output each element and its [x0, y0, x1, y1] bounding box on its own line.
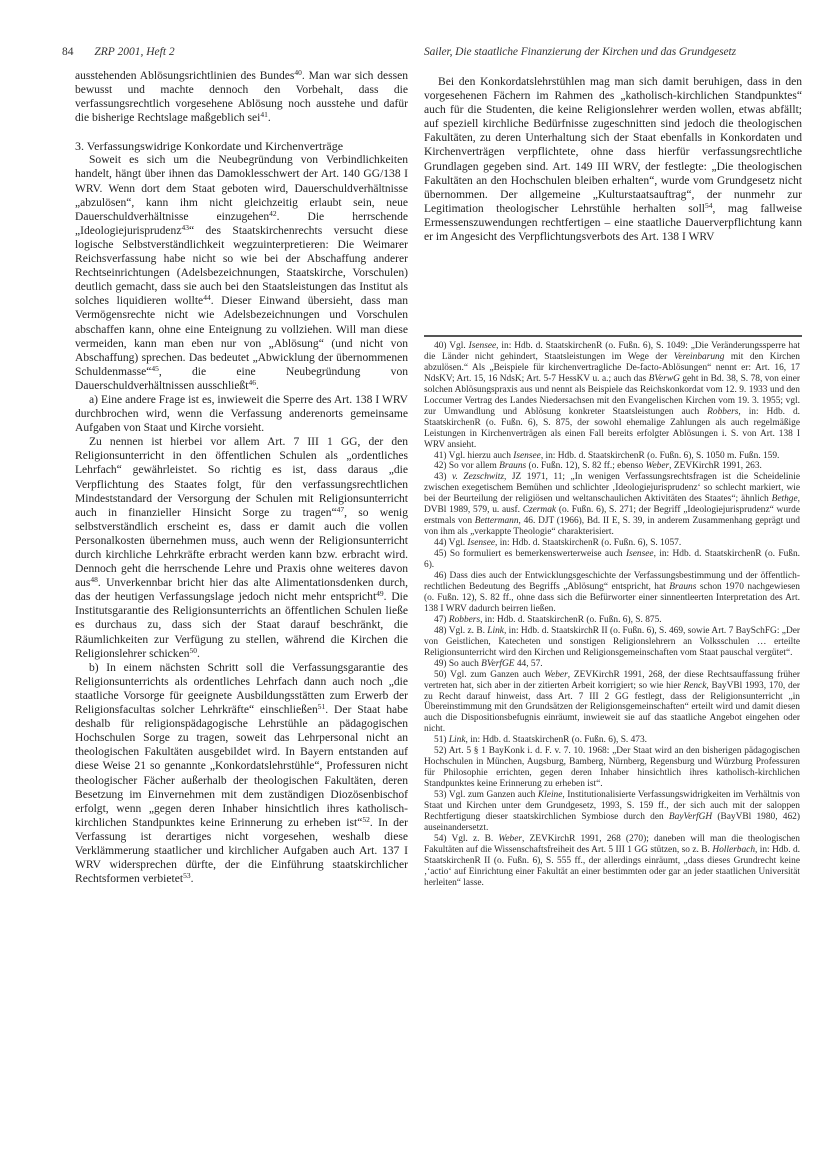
- footnote-text: So formuliert es bemerkenswerterweise au…: [450, 549, 626, 559]
- cited-author: Link: [449, 735, 466, 745]
- footnote-number: 40): [434, 341, 449, 351]
- cited-author: Isensee: [626, 549, 654, 559]
- cited-author: Hollerbach: [712, 845, 755, 855]
- footnote-text: Vgl.: [449, 538, 468, 548]
- footnote-ref[interactable]: 46: [248, 378, 256, 387]
- footnote-text: , ZEVKirchR 1991, 263.: [669, 461, 762, 471]
- page-number: 84: [62, 46, 74, 58]
- section-heading: 3. Verfassungswidrige Konkordate und Kir…: [75, 139, 408, 153]
- right-column: Bei den Konkordatslehrstühlen mag man si…: [424, 75, 802, 244]
- cited-author: Bettermann: [475, 516, 519, 526]
- footnote: 49) So auch BVerfGE 44, 57.: [424, 659, 800, 670]
- footnote-text: , in: Hdb. d. StaatskirchenR (o. Fußn. 6…: [541, 451, 780, 461]
- footnote-text: Art. 5 § 1 BayKonk i. d. F. v. 7. 10. 19…: [424, 746, 800, 789]
- footnote-number: 53): [434, 790, 449, 800]
- footnote-number: 50): [434, 670, 450, 680]
- footnote-ref[interactable]: 42: [269, 209, 277, 218]
- footnote-ref[interactable]: 45: [151, 364, 159, 373]
- footnote: 45) So formuliert es bemerkenswerterweis…: [424, 549, 800, 571]
- running-title: Sailer, Die staatliche Finanzierung der …: [424, 46, 808, 58]
- footnote-number: 47): [434, 615, 449, 625]
- cited-author: Isensee: [513, 451, 541, 461]
- footnote: 47) Robbers, in: Hdb. d. StaatskirchenR …: [424, 615, 800, 626]
- footnote-ref[interactable]: 43: [181, 223, 189, 232]
- footnote: 53) Vgl. zum Ganzen auch Kleine, Institu…: [424, 790, 800, 834]
- footnote-ref[interactable]: 41: [260, 110, 268, 119]
- footnote: 44) Vgl. Isensee, in: Hdb. d. Staatskirc…: [424, 538, 800, 549]
- footnote-divider: [424, 335, 802, 337]
- footnote-number: 45): [434, 549, 450, 559]
- footnote: 51) Link, in: Hdb. d. StaatskirchenR (o.…: [424, 735, 800, 746]
- cited-author: Link: [487, 626, 504, 636]
- footnote-text: Vgl. hierzu auch: [449, 451, 514, 461]
- footnote-ref[interactable]: 50: [189, 646, 197, 655]
- cited-author: Robbers: [707, 407, 738, 417]
- paragraph: Bei den Konkordatslehrstühlen mag man si…: [424, 75, 802, 244]
- footnote: 43) v. Zezschwitz, JZ 1971, 11; „In weni…: [424, 472, 800, 538]
- cited-author: Bethge: [772, 494, 798, 504]
- footnote-ref[interactable]: 54: [705, 201, 713, 210]
- footnote-text: 44, 57.: [514, 659, 542, 669]
- journal-issue: ZRP 2001, Heft 2: [94, 46, 174, 58]
- footnote-text: Vgl. zum Ganzen auch: [449, 790, 538, 800]
- footnote-number: 52): [434, 746, 449, 756]
- footnote-text: , in: Hdb. d. StaatskirchenR (o. Fußn. 6…: [480, 615, 662, 625]
- left-column: ausstehenden Ablösungsrichtlinien des Bu…: [75, 69, 408, 886]
- cited-author: Weber: [646, 461, 670, 471]
- paragraph: b) In einem nächsten Schritt soll die Ve…: [75, 661, 408, 887]
- footnote-number: 49): [434, 659, 449, 669]
- cited-author: Weber: [544, 670, 568, 680]
- footnote: 54) Vgl. z. B. Weber, ZEVKirchR 1991, 26…: [424, 834, 800, 889]
- footnote-text: , in: Hdb. d. StaatskirchenR (o. Fußn. 6…: [466, 735, 648, 745]
- footnote-ref[interactable]: 47: [337, 505, 345, 514]
- footnote-number: 43): [434, 472, 452, 482]
- footnote: 40) Vgl. Isensee, in: Hdb. d. Staatskirc…: [424, 341, 800, 451]
- footnote-number: 42): [434, 461, 449, 471]
- footnote-text: Vgl. z. B.: [451, 834, 498, 844]
- cited-author: Brauns: [499, 461, 526, 471]
- cited-author: Isensee: [467, 538, 495, 548]
- footnote-ref[interactable]: 49: [376, 589, 384, 598]
- footnote-text: So auch: [449, 659, 481, 669]
- paragraph: Zu nennen ist hierbei vor allem Art. 7 I…: [75, 435, 408, 661]
- footnote-number: 48): [434, 626, 449, 636]
- cited-author: Kleine: [538, 790, 562, 800]
- cited-author: Isensee: [469, 341, 497, 351]
- footnote-ref[interactable]: 48: [90, 575, 98, 584]
- footnote: 42) So vor allem Brauns (o. Fußn. 12), S…: [424, 461, 800, 472]
- cited-author: BVerwG: [649, 374, 680, 384]
- cited-author: BVerfGE: [481, 659, 514, 669]
- footnote-text: Vgl. z. B.: [449, 626, 488, 636]
- footnote-ref[interactable]: 52: [362, 815, 370, 824]
- footnote-number: 44): [434, 538, 449, 548]
- footnote: 48) Vgl. z. B. Link, in: Hdb. d. Staatsk…: [424, 626, 800, 659]
- footnote-number: 46): [434, 571, 450, 581]
- cited-author: v. Zezschwitz: [452, 472, 504, 482]
- cited-author: Renck: [683, 681, 706, 691]
- cited-author: Vereinbarung: [674, 352, 725, 362]
- footnote-ref[interactable]: 40: [294, 68, 302, 77]
- paragraph: Soweit es sich um die Neubegründung von …: [75, 153, 408, 393]
- footnote: 52) Art. 5 § 1 BayKonk i. d. F. v. 7. 10…: [424, 746, 800, 790]
- footnote: 41) Vgl. hierzu auch Isensee, in: Hdb. d…: [424, 451, 800, 462]
- cited-author: Robbers: [449, 615, 480, 625]
- footnote-text: So vor allem: [449, 461, 499, 471]
- footnote: 50) Vgl. zum Ganzen auch Weber, ZEVKirch…: [424, 670, 800, 736]
- footnote-text: , in: Hdb. d. StaatskirchenR (o. Fußn. 6…: [495, 538, 681, 548]
- footnote-text: (o. Fußn. 12), S. 82 ff.; ebenso: [526, 461, 645, 471]
- footnote-ref[interactable]: 44: [203, 293, 211, 302]
- page-header-left: 84 ZRP 2001, Heft 2: [62, 46, 175, 58]
- cited-author: Czermak: [523, 505, 556, 515]
- cited-author: Weber: [498, 834, 522, 844]
- footnotes: 40) Vgl. Isensee, in: Hdb. d. Staatskirc…: [424, 341, 800, 889]
- footnote-number: 51): [434, 735, 449, 745]
- footnote-text: Vgl.: [449, 341, 468, 351]
- cited-author: BayVerfGH: [669, 812, 712, 822]
- paragraph: a) Eine andere Frage ist es, inwieweit d…: [75, 393, 408, 435]
- footnote-ref[interactable]: 53: [183, 871, 191, 880]
- footnote-text: Vgl. zum Ganzen auch: [450, 670, 544, 680]
- footnote-number: 41): [434, 451, 449, 461]
- paragraph-continued: ausstehenden Ablösungsrichtlinien des Bu…: [75, 69, 408, 125]
- footnote-number: 54): [434, 834, 451, 844]
- footnote: 46) Dass dies auch der Entwicklungsgesch…: [424, 571, 800, 615]
- cited-author: Brauns: [669, 582, 696, 592]
